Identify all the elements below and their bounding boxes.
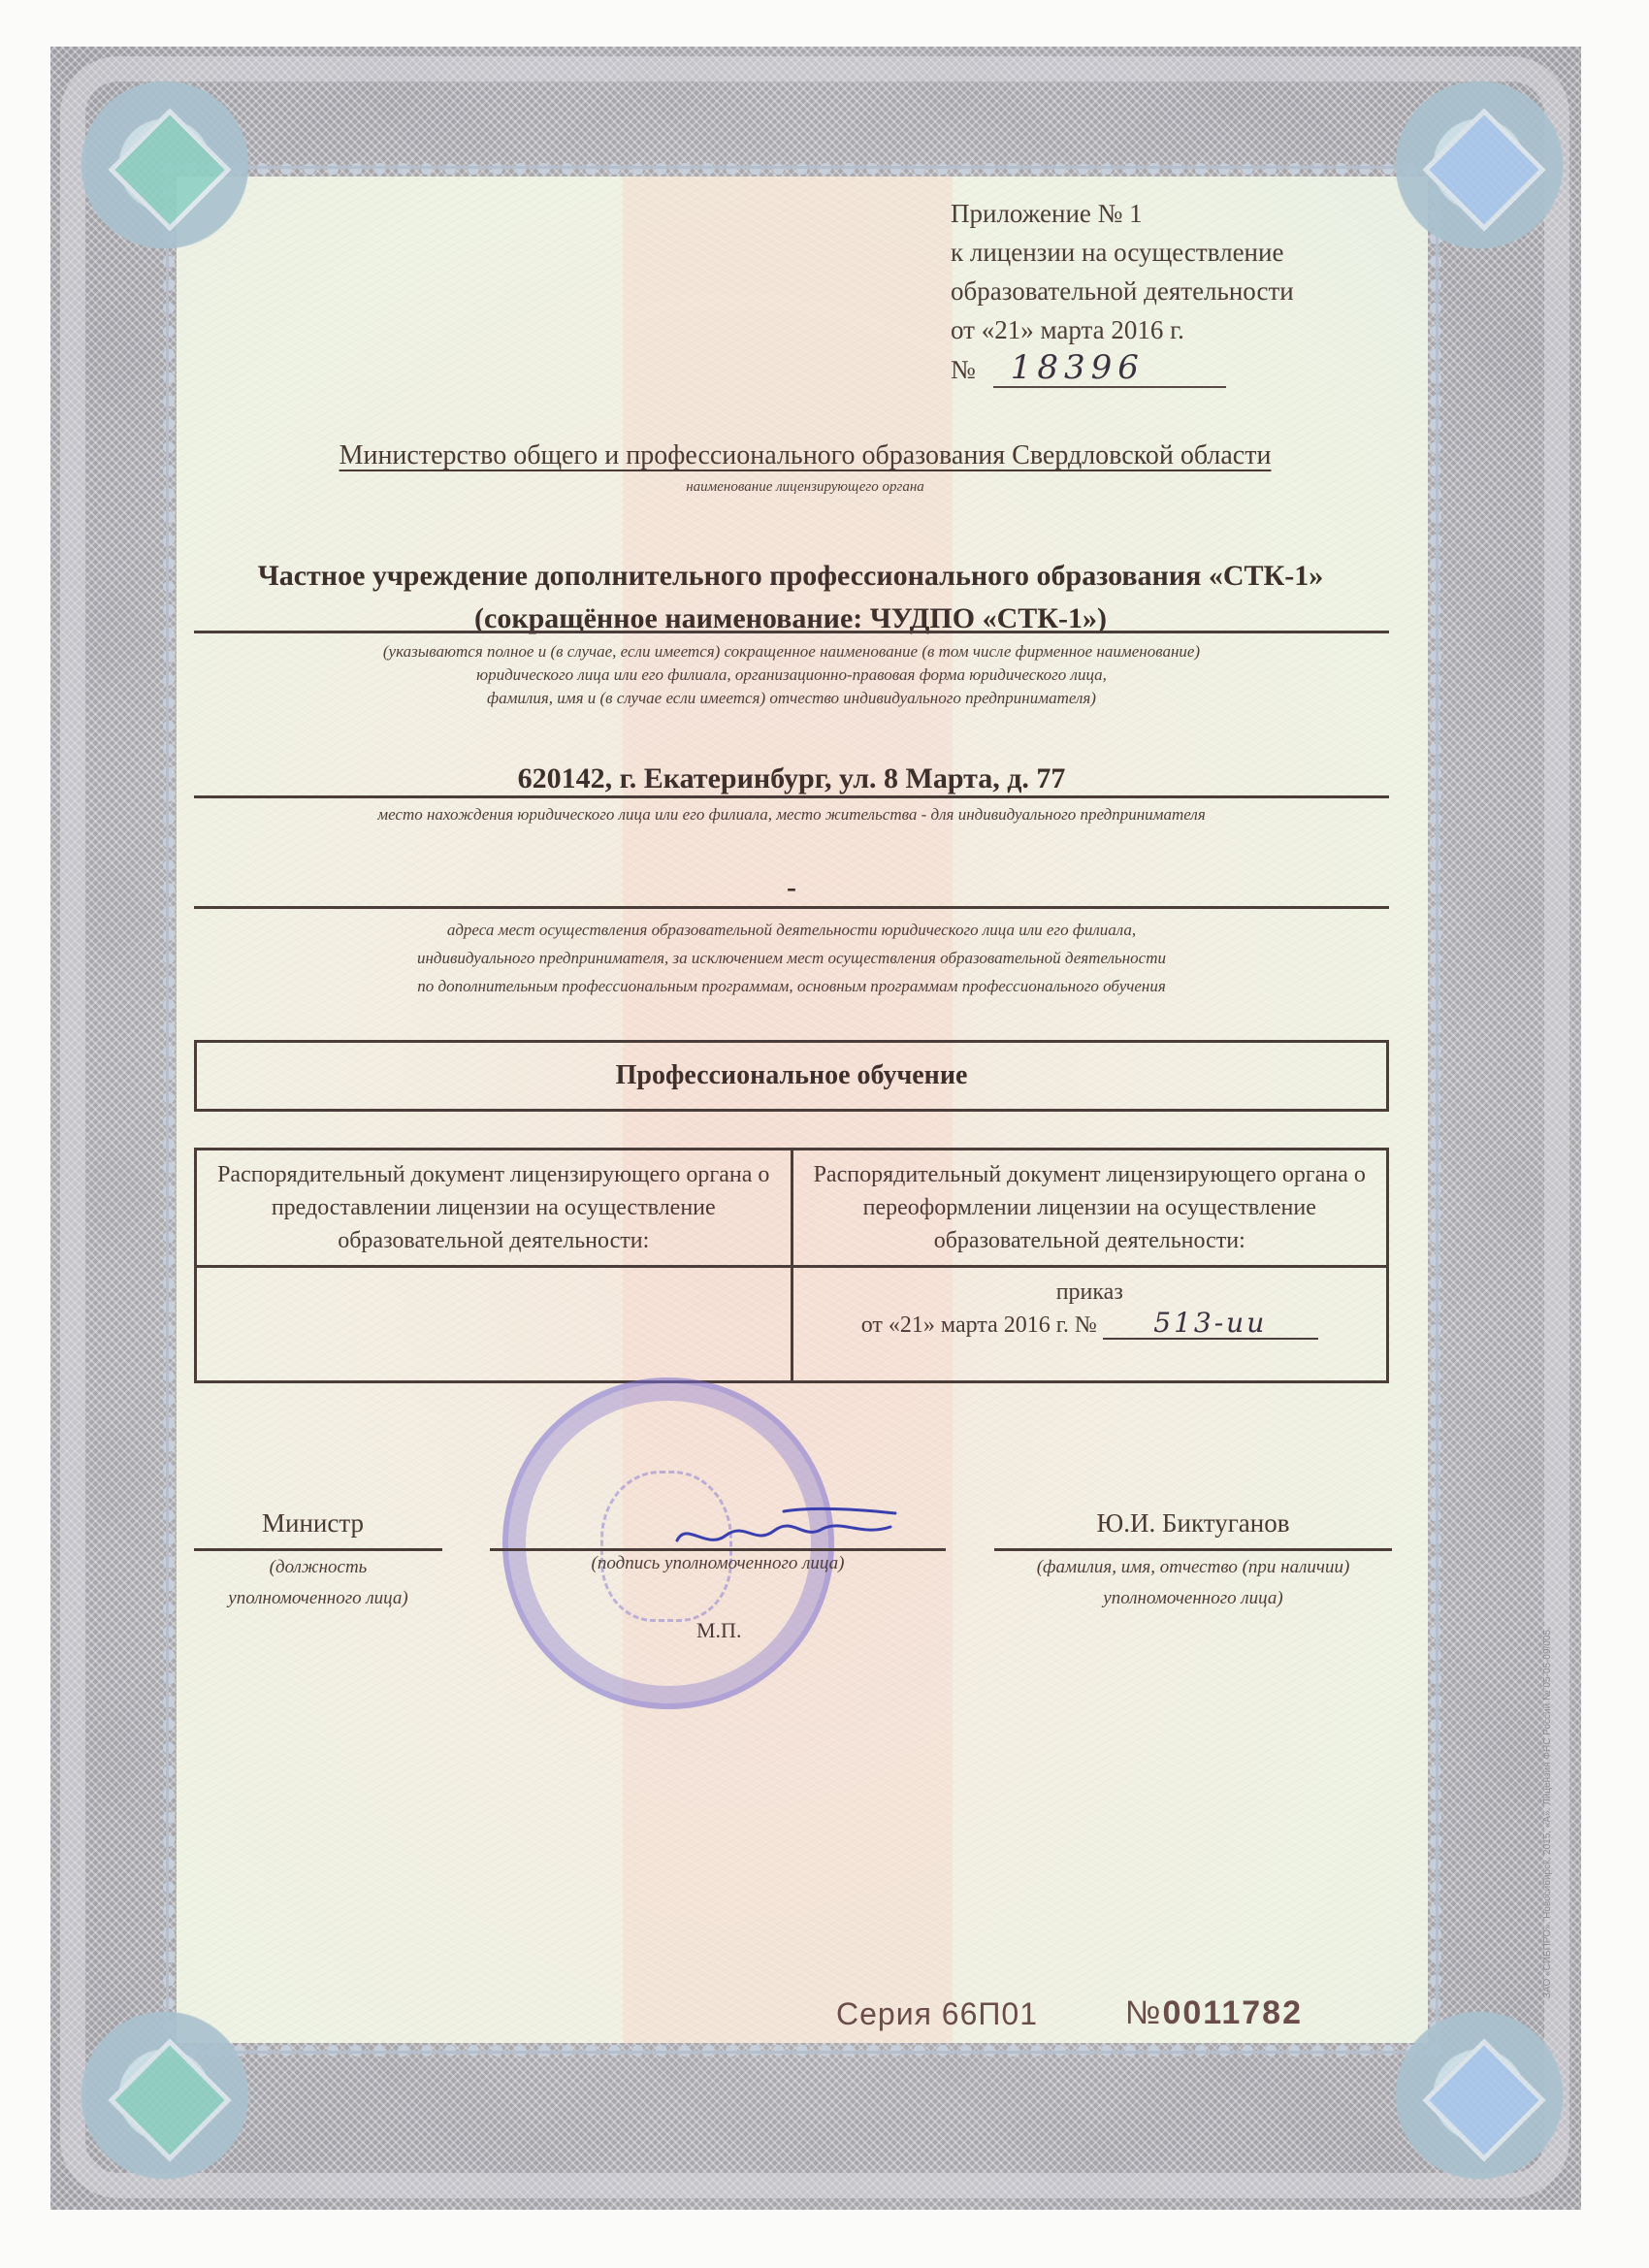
table-row: Распорядительный документ лицензирующего… [196, 1150, 1388, 1267]
appendix-date: от «21» марта 2016 г. [951, 310, 1358, 349]
caption-line: (указываются полное и (в случае, если им… [194, 640, 1389, 664]
caption-line: адреса мест осуществления образовательно… [194, 916, 1389, 944]
blank-series: Серия 66П01 [836, 1996, 1038, 2032]
program-box: Профессиональное обучение [194, 1040, 1389, 1112]
order-date-line: от «21» марта 2016 г. № 513-ии [797, 1309, 1383, 1342]
divider [994, 1548, 1392, 1551]
license-number-value: 18396 [993, 349, 1226, 388]
caption-line: уполномоченного лица) [994, 1583, 1392, 1614]
caption-line: индивидуального предпринимателя, за искл… [194, 944, 1389, 972]
signatory-position: Министр [262, 1508, 364, 1539]
caption-line: уполномоченного лица) [194, 1583, 442, 1614]
location-caption: место нахождения юридического лица или е… [194, 803, 1389, 826]
ornament-corner-icon [1373, 1989, 1586, 2202]
divider [194, 795, 1389, 798]
blank-number-value: 0011782 [1162, 1994, 1303, 2031]
organization-caption: (указываются полное и (в случае, если им… [194, 640, 1389, 710]
order-date: от «21» марта 2016 г. № [861, 1312, 1097, 1338]
order-number: 513-ии [1103, 1309, 1318, 1340]
appendix-line: к лицензии на осуществление [951, 233, 1358, 272]
activity-addresses-value: - [194, 871, 1389, 904]
organization-short-name: (сокращённое наименование: ЧУДПО «СТК-1»… [194, 598, 1387, 640]
position-caption: (должность уполномоченного лица) [194, 1552, 442, 1614]
divider [194, 631, 1389, 633]
caption-line: (должность [194, 1552, 442, 1583]
organization-name: Частное учреждение дополнительного профе… [194, 555, 1387, 640]
appendix-line: образовательной деятельности [951, 272, 1358, 310]
caption-line: по дополнительным профессиональным прогр… [194, 972, 1389, 1000]
table-cell-reissuance-header: Распорядительный документ лицензирующего… [792, 1150, 1388, 1267]
caption-line: юридического лица или его филиала, орган… [194, 664, 1389, 687]
licensing-body: Министерство общего и профессионального … [194, 440, 1416, 499]
divider [194, 1548, 442, 1551]
seal-mark: М.П. [696, 1618, 741, 1643]
signature-icon [667, 1502, 900, 1560]
licensing-body-caption: наименование лицензирующего органа [194, 475, 1416, 499]
table-cell-issuance-header: Распорядительный документ лицензирующего… [196, 1150, 792, 1267]
table-row: приказ от «21» марта 2016 г. № 513-ии [196, 1267, 1388, 1382]
ornament-corner-icon [1373, 58, 1586, 272]
blank-number: №0011782 [1125, 1994, 1303, 2032]
series-value: 66П01 [942, 1996, 1038, 2031]
signature-caption: (подпись уполномоченного лица) [490, 1552, 946, 1575]
caption-line: (фамилия, имя, отчество (при наличии) [994, 1552, 1392, 1583]
location-value: 620142, г. Екатеринбург, ул. 8 Марта, д.… [194, 762, 1389, 795]
signatory-name: Ю.И. Биктуганов [994, 1508, 1392, 1539]
name-caption: (фамилия, имя, отчество (при наличии) уп… [994, 1552, 1392, 1614]
appendix-line: Приложение № 1 [951, 194, 1358, 233]
licensing-body-name: Министерство общего и профессионального … [339, 440, 1272, 470]
appendix-header: Приложение № 1 к лицензии на осуществлен… [951, 194, 1358, 389]
license-number: № 18396 [951, 349, 1358, 389]
table-cell-issuance-value [196, 1267, 792, 1382]
order-type: приказ [797, 1276, 1383, 1309]
number-sign: № [1125, 1994, 1162, 2031]
series-label: Серия [836, 1996, 932, 2031]
printer-imprint: ЗАО «СИБПРО». Новосибирск, 2015, «А». Ли… [1542, 1627, 1553, 1998]
ornament-corner-icon [58, 58, 272, 272]
divider [194, 906, 1389, 909]
caption-line: фамилия, имя и (в случае если имеется) о… [194, 687, 1389, 710]
ornament-corner-icon [58, 1989, 272, 2202]
organization-full-name: Частное учреждение дополнительного профе… [194, 555, 1387, 598]
number-sign: № [951, 350, 976, 389]
table-cell-reissuance-value: приказ от «21» марта 2016 г. № 513-ии [792, 1267, 1388, 1382]
orders-table: Распорядительный документ лицензирующего… [194, 1148, 1389, 1383]
activity-addresses-caption: адреса мест осуществления образовательно… [194, 916, 1389, 1000]
signature-line [490, 1548, 946, 1551]
program-title: Профессиональное обучение [616, 1060, 968, 1091]
